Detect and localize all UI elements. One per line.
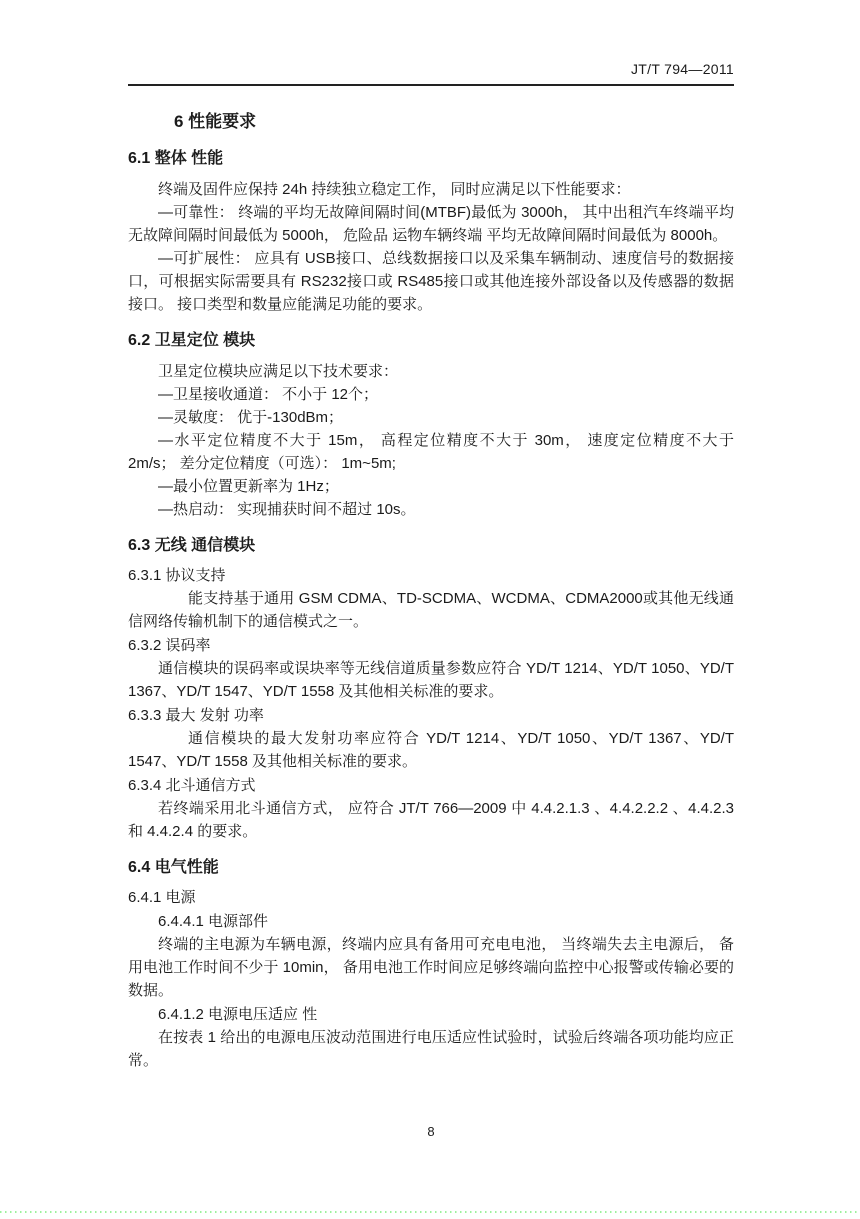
- paragraph: 终端的主电源为车辆电源，终端内应具有备用可充电电池， 当终端失去主电源后， 备用…: [128, 933, 734, 1002]
- standard-number: JT/T 794—2011: [128, 60, 734, 78]
- subclause-heading: 6.4.1.2 电源电压适应 性: [128, 1004, 734, 1026]
- paragraph: —灵敏度： 优于-130dBm；: [128, 406, 734, 429]
- chapter-heading: 6 性能要求: [128, 110, 734, 134]
- paragraph: —卫星接收通道： 不小于 12个；: [128, 383, 734, 406]
- clause-heading: 6.3.1 协议支持: [128, 565, 734, 587]
- section-heading: 6.4 电气性能: [128, 857, 734, 879]
- page-number: 8: [427, 1124, 434, 1139]
- paragraph: —最小位置更新率为 1Hz；: [128, 475, 734, 498]
- paragraph: 能支持基于通用 GSM CDMA、TD-SCDMA、WCDMA、CDMA2000…: [128, 587, 734, 633]
- clause-heading: 6.4.1 电源: [128, 887, 734, 909]
- page-footer: 8: [128, 1124, 734, 1139]
- section-heading: 6.3 无线 通信模块: [128, 535, 734, 557]
- document-page: JT/T 794—2011 6 性能要求6.1 整体 性能终端及固件应保持 24…: [0, 0, 860, 1219]
- paragraph: 若终端采用北斗通信方式， 应符合 JT/T 766—2009 中 4.4.2.1…: [128, 797, 734, 843]
- section-heading: 6.2 卫星定位 模块: [128, 330, 734, 352]
- subclause-heading: 6.4.4.1 电源部件: [128, 911, 734, 933]
- paragraph: —热启动： 实现捕获时间不超过 10s。: [128, 498, 734, 521]
- section-heading: 6.1 整体 性能: [128, 148, 734, 170]
- document-content: 6 性能要求6.1 整体 性能终端及固件应保持 24h 持续独立稳定工作， 同时…: [128, 84, 734, 1072]
- paragraph: 通信模块的最大发射功率应符合 YD/T 1214、YD/T 1050、YD/T …: [128, 727, 734, 773]
- page-header: JT/T 794—2011: [128, 60, 734, 86]
- paragraph: —可靠性： 终端的平均无故障间隔时间(MTBF)最低为 3000h， 其中出租汽…: [128, 201, 734, 247]
- bottom-dotted-line: [0, 1211, 860, 1213]
- paragraph: —可扩展性： 应具有 USB接口、总线数据接口以及采集车辆制动、速度信号的数据接…: [128, 247, 734, 316]
- clause-heading: 6.3.3 最大 发射 功率: [128, 705, 734, 727]
- clause-heading: 6.3.4 北斗通信方式: [128, 775, 734, 797]
- clause-heading: 6.3.2 误码率: [128, 635, 734, 657]
- paragraph: 通信模块的误码率或误块率等无线信道质量参数应符合 YD/T 1214、YD/T …: [128, 657, 734, 703]
- paragraph: 卫星定位模块应满足以下技术要求：: [128, 360, 734, 383]
- paragraph: —水平定位精度不大于 15m， 高程定位精度不大于 30m， 速度定位精度不大于…: [128, 429, 734, 475]
- paragraph: 终端及固件应保持 24h 持续独立稳定工作， 同时应满足以下性能要求：: [128, 178, 734, 201]
- paragraph: 在按表 1 给出的电源电压波动范围进行电压适应性试验时，试验后终端各项功能均应正…: [128, 1026, 734, 1072]
